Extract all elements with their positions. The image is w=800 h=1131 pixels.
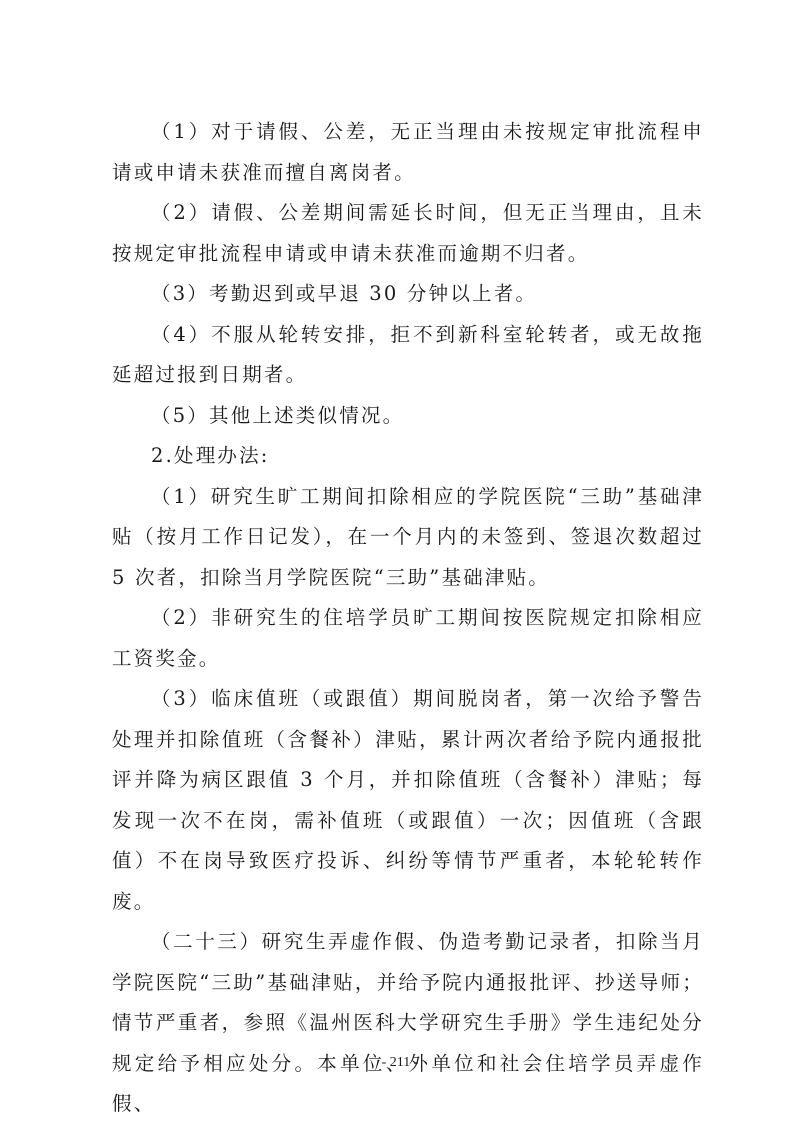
paragraph-1: （1）对于请假、公差，无正当理由未按规定审批流程申请或申请未获准而擅自离岗者。 [112, 112, 704, 193]
paragraph-4: （4）不服从轮转安排，拒不到新科室轮转者，或无故拖延超过报到日期者。 [112, 315, 704, 396]
paragraph-5: （5）其他上述类似情况。 [112, 396, 704, 437]
paragraph-7: （2）非研究生的住培学员旷工期间按医院规定扣除相应工资奖金。 [112, 598, 704, 679]
document-body: （1）对于请假、公差，无正当理由未按规定审批流程申请或申请未获准而擅自离岗者。 … [112, 112, 704, 1125]
paragraph-8: （3）临床值班（或跟值）期间脱岗者，第一次给予警告处理并扣除值班（含餐补）津贴，… [112, 679, 704, 922]
section-heading-handling: 2.处理办法: [112, 436, 704, 477]
paragraph-2: （2）请假、公差期间需延长时间，但无正当理由，且未按规定审批流程申请或申请未获准… [112, 193, 704, 274]
paragraph-3: （3）考勤迟到或早退 30 分钟以上者。 [112, 274, 704, 315]
paragraph-6: （1）研究生旷工期间扣除相应的学院医院“三助”基础津贴（按月工作日记发），在一个… [112, 477, 704, 599]
paragraph-9: （二十三）研究生弄虚作假、伪造考勤记录者，扣除当月学院医院“三助”基础津贴，并给… [112, 922, 704, 1125]
page-number: - 211 - [0, 1055, 800, 1071]
